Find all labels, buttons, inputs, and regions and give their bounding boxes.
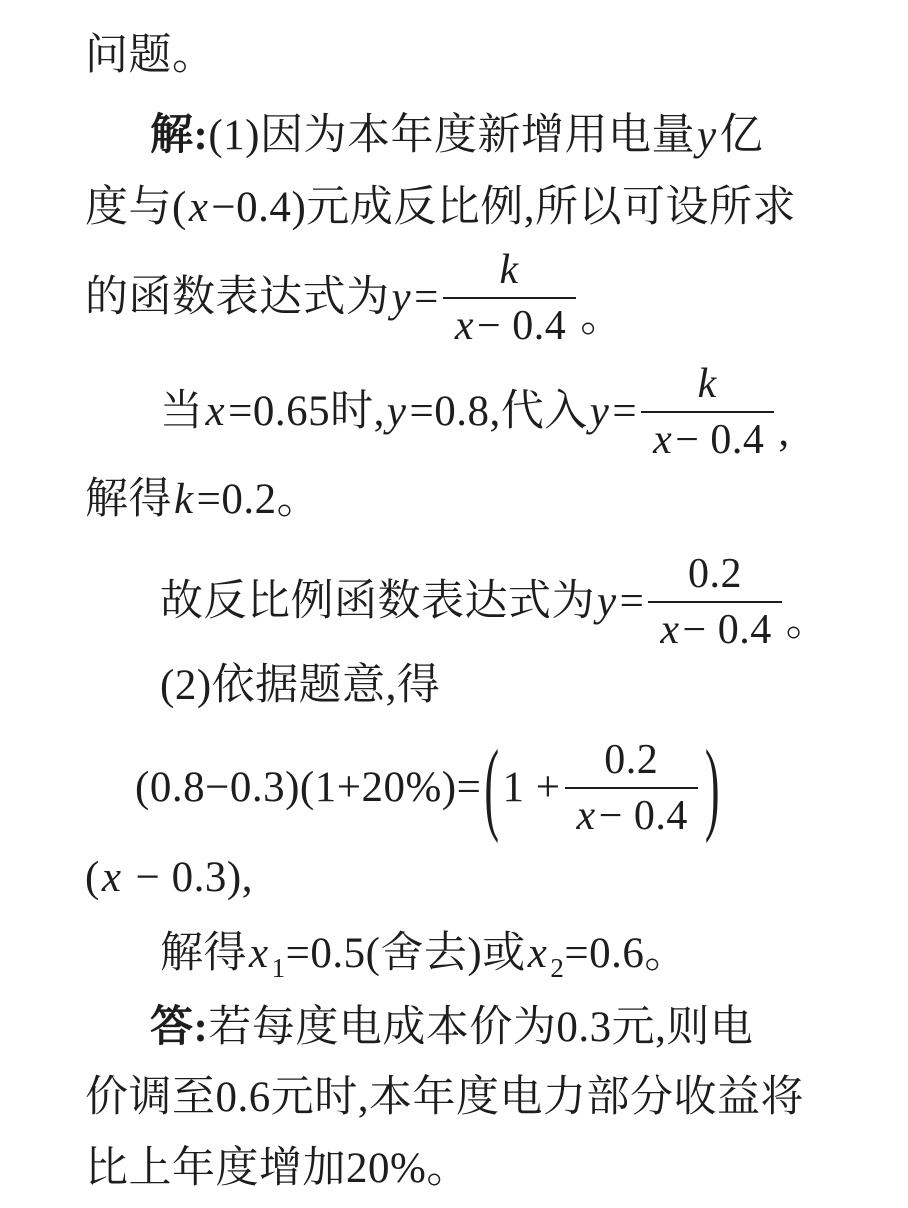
text-segment: 0.2 [688,551,742,597]
text-segment: 解: [150,112,208,159]
text-segment: (1)因为本年度新增用电量 [208,112,695,159]
fraction-denominator: x − 0.4 [648,601,781,653]
text-segment: 解得 [160,930,247,977]
text-segment: y [588,386,613,438]
text-segment: 。 [426,1145,470,1192]
fraction-numerator: 0.2 [648,551,781,601]
text-segment: (0.8−0.3)(1+20%)= [135,762,481,814]
text-segment: − 0.4 [477,303,566,349]
text-segment: ) [705,727,720,849]
line-part2-intro: (2)依据题意,得 [160,660,440,712]
text-segment: k [696,361,720,407]
text-segment: 答: [150,1004,208,1051]
text-segment: ( [484,727,499,849]
text-segment: x [100,854,125,901]
text-segment: 度与( [85,184,187,231]
text-segment: ,代入 [489,386,587,438]
text-segment: ( [85,854,100,901]
text-segment: − 0.4 [683,607,772,653]
text-segment: x [651,417,675,463]
text-segment: y [695,112,720,159]
line-function-formula: 的函数表达式为y=kx − 0.4。 [85,248,624,348]
text-segment: x [658,607,682,653]
text-segment: − 0.3), [124,854,253,901]
text-segment: 比上年度增加 [85,1145,346,1192]
text-segment: 解得 [85,476,172,523]
line-main-equation: (0.8−0.3)(1+20%)=(1 + 0.2x − 0.4) [135,732,723,844]
text-segment: =0.5 [286,930,366,977]
text-segment: 问题。 [85,32,216,79]
text-segment: 2 [550,953,564,983]
text-segment: 。 [580,292,624,348]
text-segment: −0.4 [211,184,291,231]
fraction-numerator: k [443,247,576,297]
fraction-numerator: k [641,361,774,411]
fraction: kx − 0.4 [443,247,576,349]
text-segment: 亿 [720,112,764,159]
text-segment: 0.3 [556,1004,611,1051]
line-inverse-proportion: 度与(x−0.4)元成反比例,所以可设所求 [85,182,796,234]
text-segment: = [414,272,439,324]
line-solution-part1: 解:(1)因为本年度新增用电量y亿 [150,110,763,162]
text-segment: (2)依据题意,得 [160,662,440,709]
line-substitute-values: 当x=0.65时,y=0.8,代入y=kx − 0.4, [160,362,790,462]
line-solve-x: 解得x1=0.5(舍去)或x2=0.6。 [160,928,688,994]
text-segment: 故反比例函数表达式为 [160,576,595,628]
text-segment: 当 [160,386,204,438]
text-segment: 。 [644,930,688,977]
fraction: 0.2x − 0.4 [648,551,781,653]
line-final-formula: 故反比例函数表达式为y=0.2x − 0.4。 [160,552,829,652]
line-answer-start: 答:若每度电成本价为0.3元,则电 [150,1002,753,1054]
line-equation-cont: (x − 0.3), [85,852,253,904]
fraction: kx − 0.4 [641,361,774,463]
text-segment: = [612,386,637,438]
text-segment: 若每度电成本价为 [208,1004,556,1051]
text-segment: − 0.4 [599,793,688,839]
text-segment: x [204,386,229,438]
text-segment: − 0.4 [675,417,764,463]
line-problem-end: 问题。 [85,30,216,82]
text-segment: x [187,184,212,231]
text-segment: x [247,930,272,977]
line-answer-end: 比上年度增加20%。 [85,1143,470,1195]
text-segment: 时, [330,386,385,438]
text-segment: , [778,406,789,462]
text-segment: x [526,930,551,977]
text-segment: (舍去)或 [366,930,526,977]
line-solve-k: 解得k=0.2。 [85,474,320,526]
text-segment: y [390,272,415,324]
text-segment: =0.8 [409,386,489,438]
text-segment: 0.2 [604,737,658,783]
text-segment: y [385,386,410,438]
text-segment: 20% [346,1145,426,1192]
document-page: 问题。 解:(1)因为本年度新增用电量y亿 度与(x−0.4)元成反比例,所以可… [0,0,908,1208]
text-segment: 价调至 [85,1074,216,1121]
text-segment: =0.6 [564,930,644,977]
fraction: 0.2x − 0.4 [565,737,698,839]
fraction-denominator: x − 0.4 [565,787,698,839]
fraction-numerator: 0.2 [565,737,698,787]
text-segment: 的函数表达式为 [85,272,390,324]
fraction-denominator: x − 0.4 [443,297,576,349]
text-segment: = [620,576,645,628]
text-segment: 。 [786,596,830,652]
text-segment: y [595,576,620,628]
line-answer-middle: 价调至0.6元时,本年度电力部分收益将 [85,1072,804,1124]
fraction-denominator: x − 0.4 [641,411,774,463]
text-segment: 0.6 [216,1074,271,1121]
text-segment: 元时,本年度电力部分收益将 [271,1074,804,1121]
text-segment: k [497,247,521,293]
text-segment: 。 [277,476,321,523]
text-segment: 1 + [503,762,561,814]
text-segment: 1 [272,953,286,983]
text-segment: 元,则电 [612,1004,754,1051]
text-segment: x [575,793,599,839]
text-segment: x [453,303,477,349]
text-segment: =0.65 [228,386,330,438]
text-segment: k [172,476,197,523]
text-segment: =0.2 [197,476,277,523]
text-segment: )元成反比例,所以可设所求 [291,184,796,231]
